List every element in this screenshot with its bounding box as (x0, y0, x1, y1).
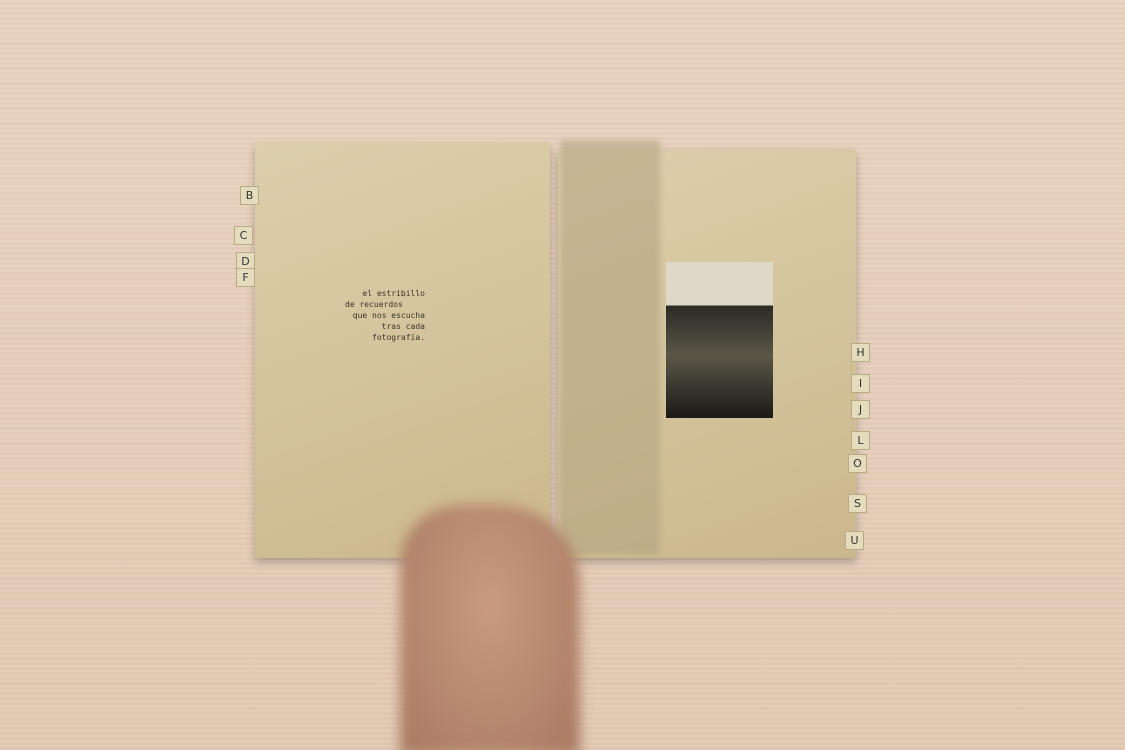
index-tab[interactable]: H (851, 343, 870, 362)
index-tab[interactable]: L (851, 431, 870, 450)
index-tab[interactable]: C (234, 226, 253, 245)
index-tab[interactable]: U (845, 531, 864, 550)
poem-line: que nos escucha (345, 310, 425, 321)
index-tab[interactable]: B (240, 186, 259, 205)
left-page (255, 143, 550, 558)
hand (400, 505, 580, 750)
poem-line: fotografía. (345, 332, 425, 343)
road-photograph (666, 262, 773, 418)
turning-page (560, 140, 660, 555)
poem-line: el estribillo (345, 288, 425, 299)
index-tab[interactable]: F (236, 268, 255, 287)
poem-line: de recuerdos (345, 299, 425, 310)
index-tab[interactable]: I (851, 374, 870, 393)
index-tab[interactable]: S (848, 494, 867, 513)
index-tab[interactable]: O (848, 454, 867, 473)
poem-text: el estribillo de recuerdos que nos escuc… (345, 288, 425, 343)
poem-line: tras cada (345, 321, 425, 332)
index-tab[interactable]: J (851, 400, 870, 419)
